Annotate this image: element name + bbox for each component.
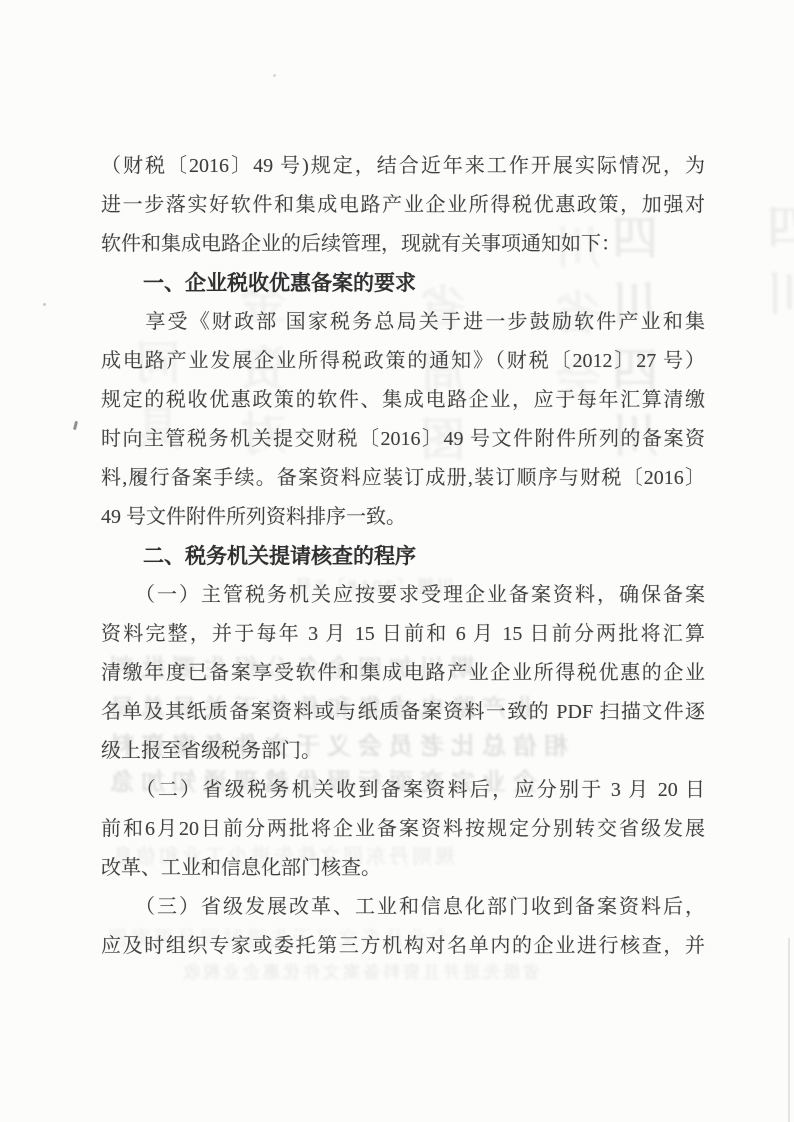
scan-speck	[73, 421, 78, 430]
text-line: 名单及其纸质备案资料或与纸质备案资料一致的 PDF 扫描文件逐	[101, 693, 705, 732]
text-line: 前和6月20日前分两批将企业备案资料按规定分别转交省级发展	[101, 810, 705, 849]
text-line: 时向主管税务机关提交财税〔2016〕49 号文件附件所列的备案资	[101, 420, 705, 459]
text-line: （二）省级税务机关收到备案资料后，应分别于 3 月 20 日	[101, 771, 705, 810]
text-line: （财税〔2016〕49 号)规定，结合近年来工作开展实际情况，为	[101, 147, 705, 186]
text-line: 改革、工业和信息化部门核查。	[101, 849, 705, 888]
text-line: 进一步落实好软件和集成电路产业企业所得税优惠政策，加强对	[101, 186, 705, 225]
text-line: （三）省级发展改革、工业和信息化部门收到备案资料后，	[101, 888, 705, 927]
text-line: 49 号文件附件所列资料排序一致。	[101, 498, 705, 537]
bleedthrough-text: 四川	[760, 203, 794, 335]
scan-speck	[273, 74, 276, 77]
page-edge-shadow	[788, 938, 790, 1122]
document-body: （财税〔2016〕49 号)规定，结合近年来工作开展实际情况，为进一步落实好软件…	[101, 147, 705, 966]
text-line: 级上报至省级税务部门。	[101, 732, 705, 771]
text-line: 成电路产业发展企业所得税政策的通知》（财税〔2012〕27 号）	[101, 342, 705, 381]
text-line: 规定的税收优惠政策的软件、集成电路企业，应于每年汇算清缴	[101, 381, 705, 420]
text-line: 享受《财政部 国家税务总局关于进一步鼓励软件产业和集	[101, 303, 705, 342]
section-heading: 一、企业税收优惠备案的要求	[101, 264, 705, 303]
text-line: 资料完整，并于每年 3 月 15 日前和 6 月 15 日前分两批将汇算	[101, 615, 705, 654]
text-line: 清缴年度已备案享受软件和集成电路产业企业所得税优惠的企业	[101, 654, 705, 693]
text-line: 软件和集成电路企业的后续管理，现就有关事项通知如下：	[101, 225, 705, 264]
text-line: 应及时组织专家或委托第三方机构对名单内的企业进行核查，并	[101, 927, 705, 966]
scan-speck	[43, 303, 46, 306]
scanned-document-page: 同具 金资对 省周图 川省会 四川四川 四川 川规〔2018〕5号 期川加四企各…	[0, 0, 794, 1122]
section-heading: 二、税务机关提请核查的程序	[101, 537, 705, 576]
text-line: （一）主管税务机关应按要求受理企业备案资料，确保备案	[101, 576, 705, 615]
text-line: 料,履行备案手续。备案资料应装订成册,装订顺序与财税〔2016〕	[101, 459, 705, 498]
